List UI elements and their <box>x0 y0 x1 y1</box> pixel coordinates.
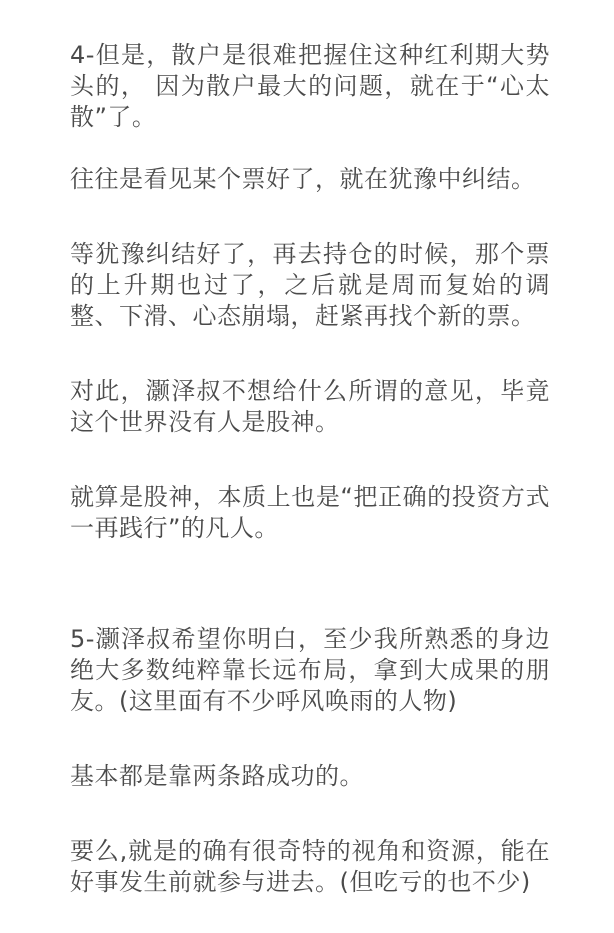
article-page: 4-但是，散户是很难把握住这种红利期大势头的， 因为散户最大的问题，就在于“心太… <box>0 0 614 933</box>
paragraph-point5-intro: 5-灏泽叔希望你明白，至少我所熟悉的身边绝大多数纯粹靠长远布局，拿到大成果的朋友… <box>70 624 550 717</box>
paragraph-no-stock-god: 对此，灏泽叔不想给什么所谓的意见，毕竟这个世界没有人是股神。 <box>70 376 550 438</box>
paragraph-stock-god-mortal: 就算是股神，本质上也是“把正确的投资方式一再践行”的凡人。 <box>70 482 550 544</box>
paragraph-missed-uptrend: 等犹豫纠结好了，再去持仓的时候，那个票的上升期也过了，之后就是周而复始的调整、下… <box>70 239 550 332</box>
paragraph-unique-perspective: 要么,就是的确有很奇特的视角和资源，能在好事发生前就参与进去。(但吃亏的也不少) <box>70 836 550 898</box>
paragraph-two-paths: 基本都是靠两条路成功的。 <box>70 761 550 792</box>
paragraph-hesitation: 往往是看见某个票好了，就在犹豫中纠结。 <box>70 164 550 195</box>
paragraph-point4-intro: 4-但是，散户是很难把握住这种红利期大势头的， 因为散户最大的问题，就在于“心太… <box>70 40 550 133</box>
